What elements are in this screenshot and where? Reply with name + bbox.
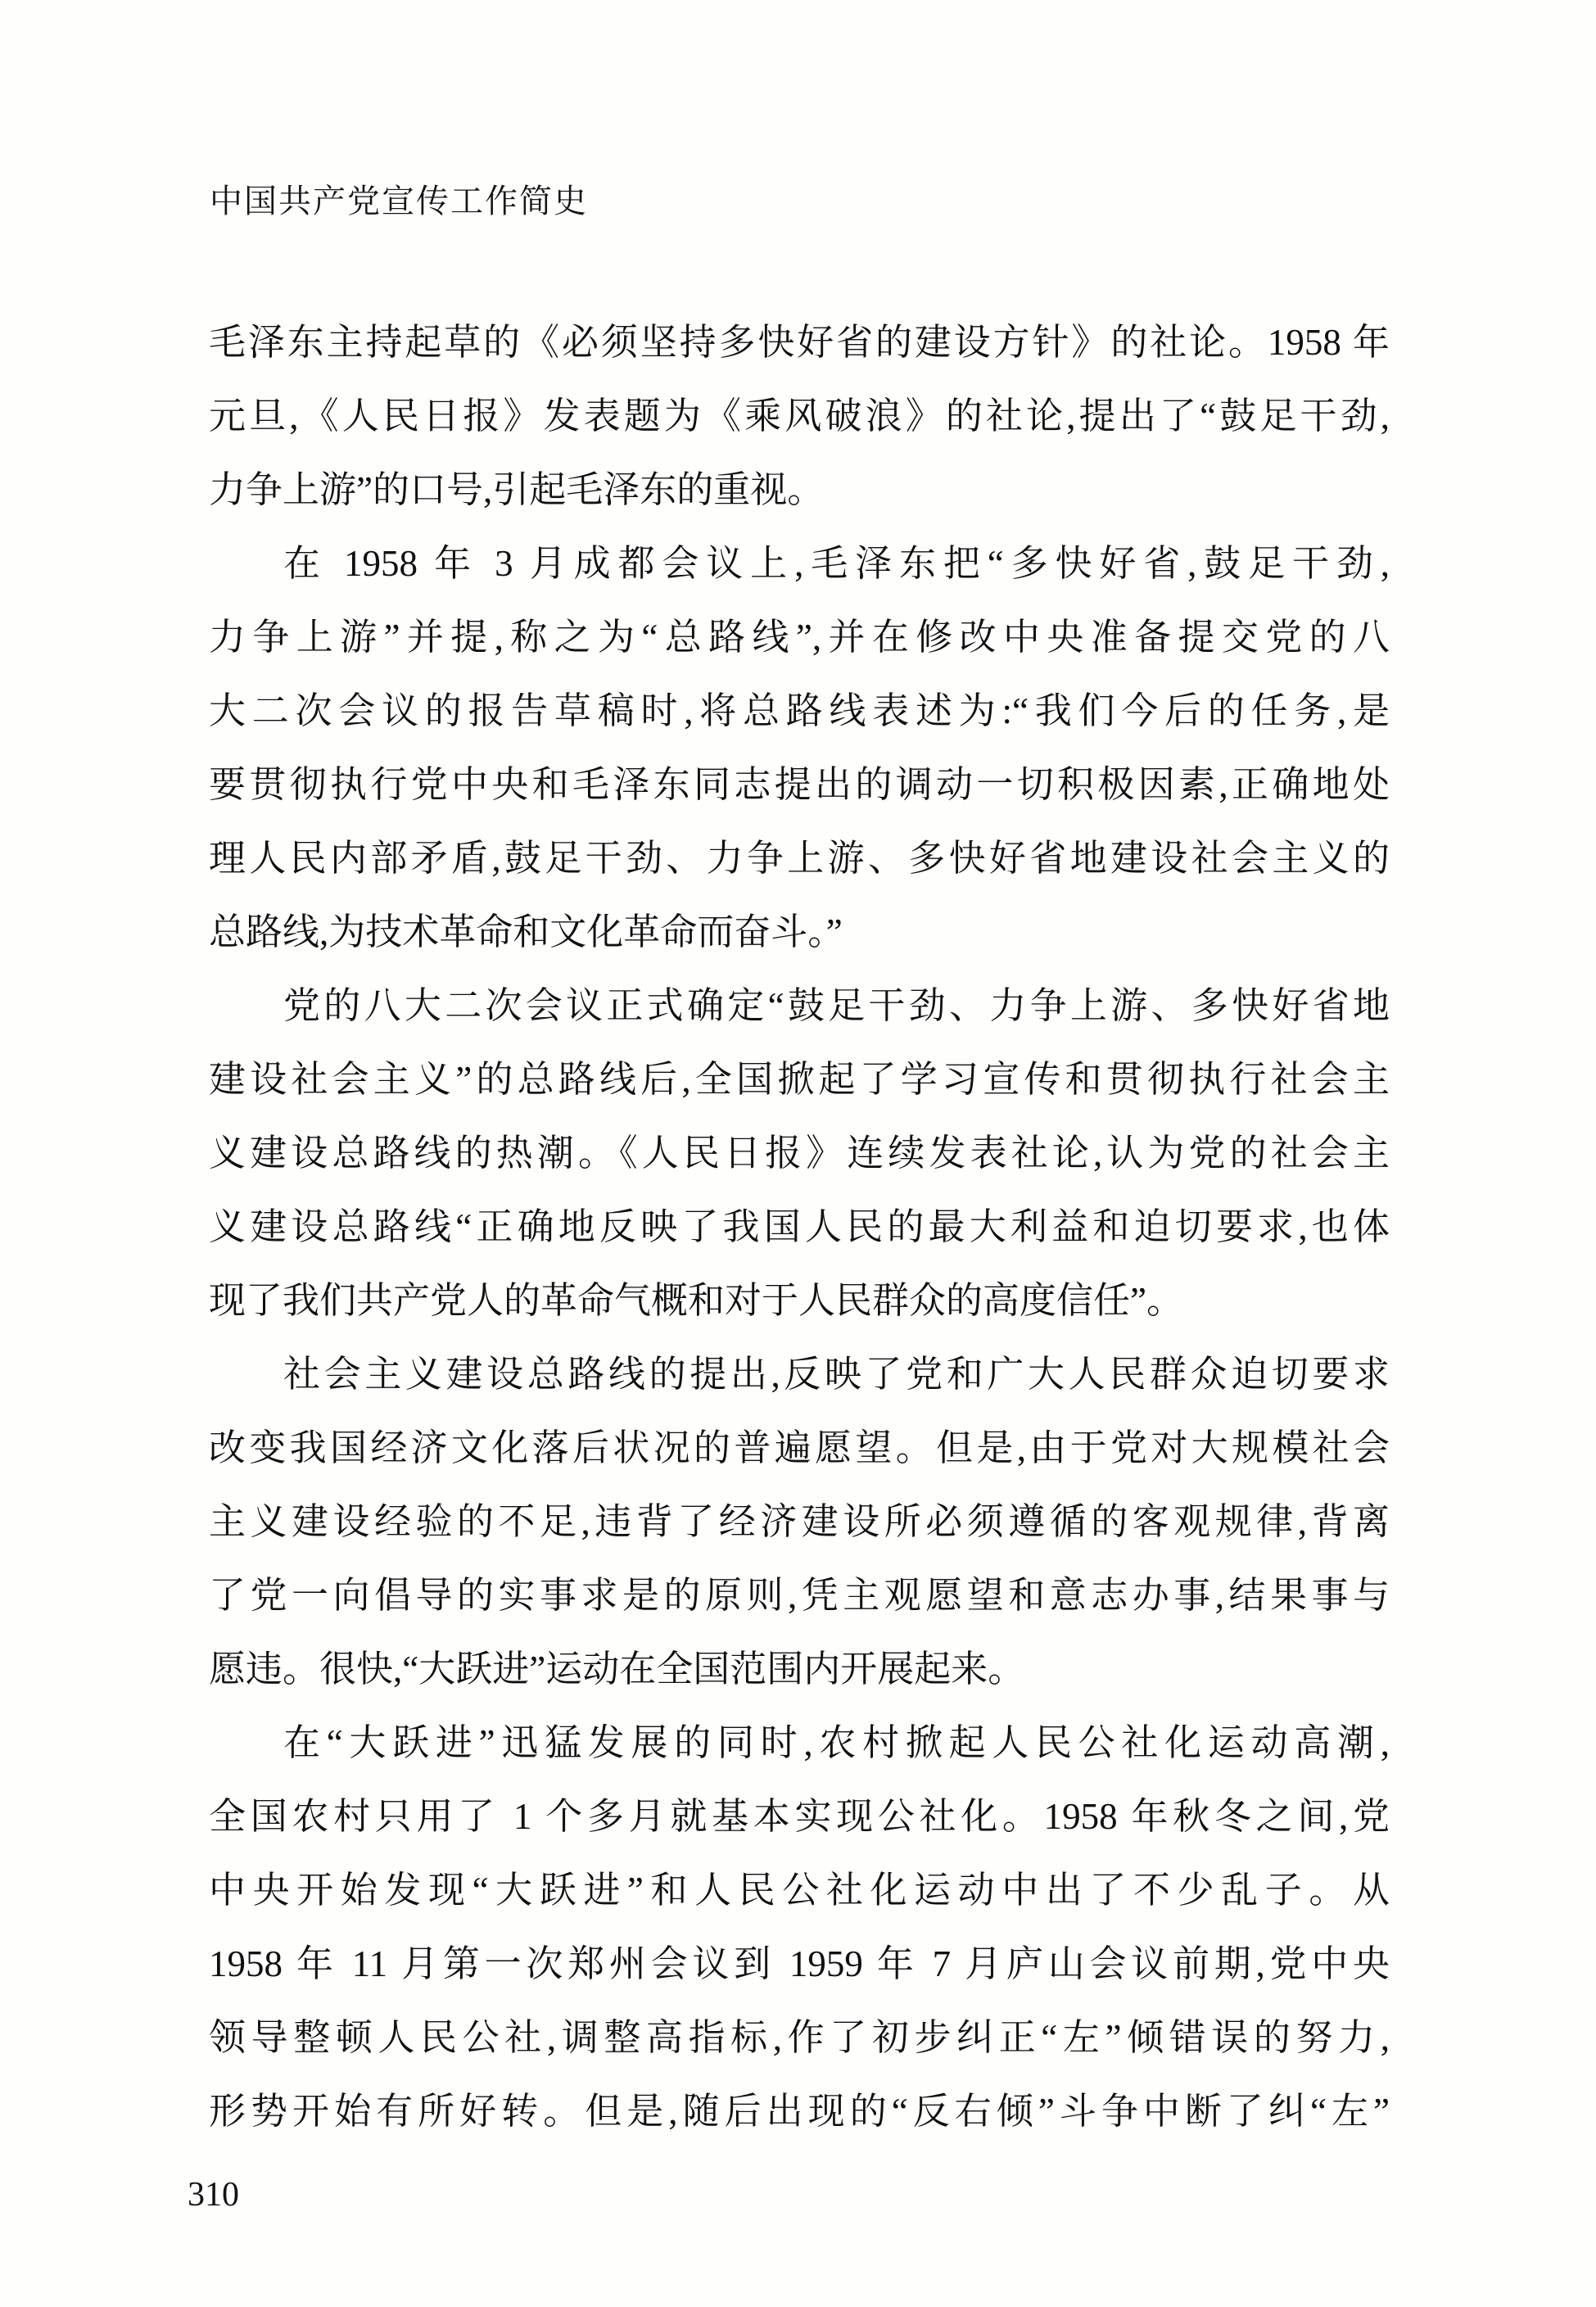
text-line: 建设社会主义”的总路线后,全国掀起了学习宣传和贯彻执行社会主 [209,1043,1390,1116]
text-line: 全国农村只用了 1 个多月就基本实现公社化。1958 年秋冬之间,党 [209,1780,1390,1853]
text-line: 中央开始发现“大跃进”和人民公社化运动中出了不少乱子。从 [209,1853,1390,1927]
text-line: 形势开始有所好转。但是,随后出现的“反右倾”斗争中断了纠“左” [209,2074,1390,2148]
text-line: 党的八大二次会议正式确定“鼓足干劲、力争上游、多快好省地 [209,969,1390,1043]
running-head: 中国共产党宣传工作简史 [210,182,588,221]
text-line: 义建设总路线“正确地反映了我国人民的最大利益和迫切要求,也体 [209,1190,1390,1264]
text-line: 现了我们共产党人的革命气概和对于人民群众的高度信任”。 [209,1264,1390,1337]
body-text: 毛泽东主持起草的《必须坚持多快好省的建设方针》的社论。1958 年元旦,《人民日… [209,305,1390,2148]
text-line: 理人民内部矛盾,鼓足干劲、力争上游、多快好省地建设社会主义的 [209,821,1390,895]
text-line: 1958 年 11 月第一次郑州会议到 1959 年 7 月庐山会议前期,党中央 [209,1927,1390,2001]
text-line: 力争上游”的口号,引起毛泽东的重视。 [209,453,1390,527]
text-line: 大二次会议的报告草稿时,将总路线表述为:“我们今后的任务,是 [209,674,1390,748]
text-line: 主义建设经验的不足,违背了经济建设所必须遵循的客观规律,背离 [209,1485,1390,1558]
text-line: 总路线,为技术革命和文化革命而奋斗。” [209,895,1390,969]
text-line: 了党一向倡导的实事求是的原则,凭主观愿望和意志办事,结果事与 [209,1558,1390,1632]
text-line: 领导整顿人民公社,调整高指标,作了初步纠正“左”倾错误的努力, [209,2001,1390,2074]
book-page: 中国共产党宣传工作简史 毛泽东主持起草的《必须坚持多快好省的建设方针》的社论。1… [0,0,1596,2307]
text-line: 在 1958 年 3 月成都会议上,毛泽东把“多快好省,鼓足干劲, [209,527,1390,600]
text-line: 毛泽东主持起草的《必须坚持多快好省的建设方针》的社论。1958 年 [209,305,1390,379]
text-line: 力争上游”并提,称之为“总路线”,并在修改中央准备提交党的八 [209,600,1390,674]
text-line: 要贯彻执行党中央和毛泽东同志提出的调动一切积极因素,正确地处 [209,748,1390,821]
text-line: 元旦,《人民日报》发表题为《乘风破浪》的社论,提出了“鼓足干劲, [209,379,1390,453]
page-number: 310 [188,2174,239,2215]
text-line: 在“大跃进”迅猛发展的同时,农村掀起人民公社化运动高潮, [209,1706,1390,1780]
text-line: 改变我国经济文化落后状况的普遍愿望。但是,由于党对大规模社会 [209,1411,1390,1485]
text-line: 社会主义建设总路线的提出,反映了党和广大人民群众迫切要求 [209,1337,1390,1411]
text-line: 愿违。很快,“大跃进”运动在全国范围内开展起来。 [209,1632,1390,1706]
text-line: 义建设总路线的热潮。《人民日报》连续发表社论,认为党的社会主 [209,1116,1390,1190]
